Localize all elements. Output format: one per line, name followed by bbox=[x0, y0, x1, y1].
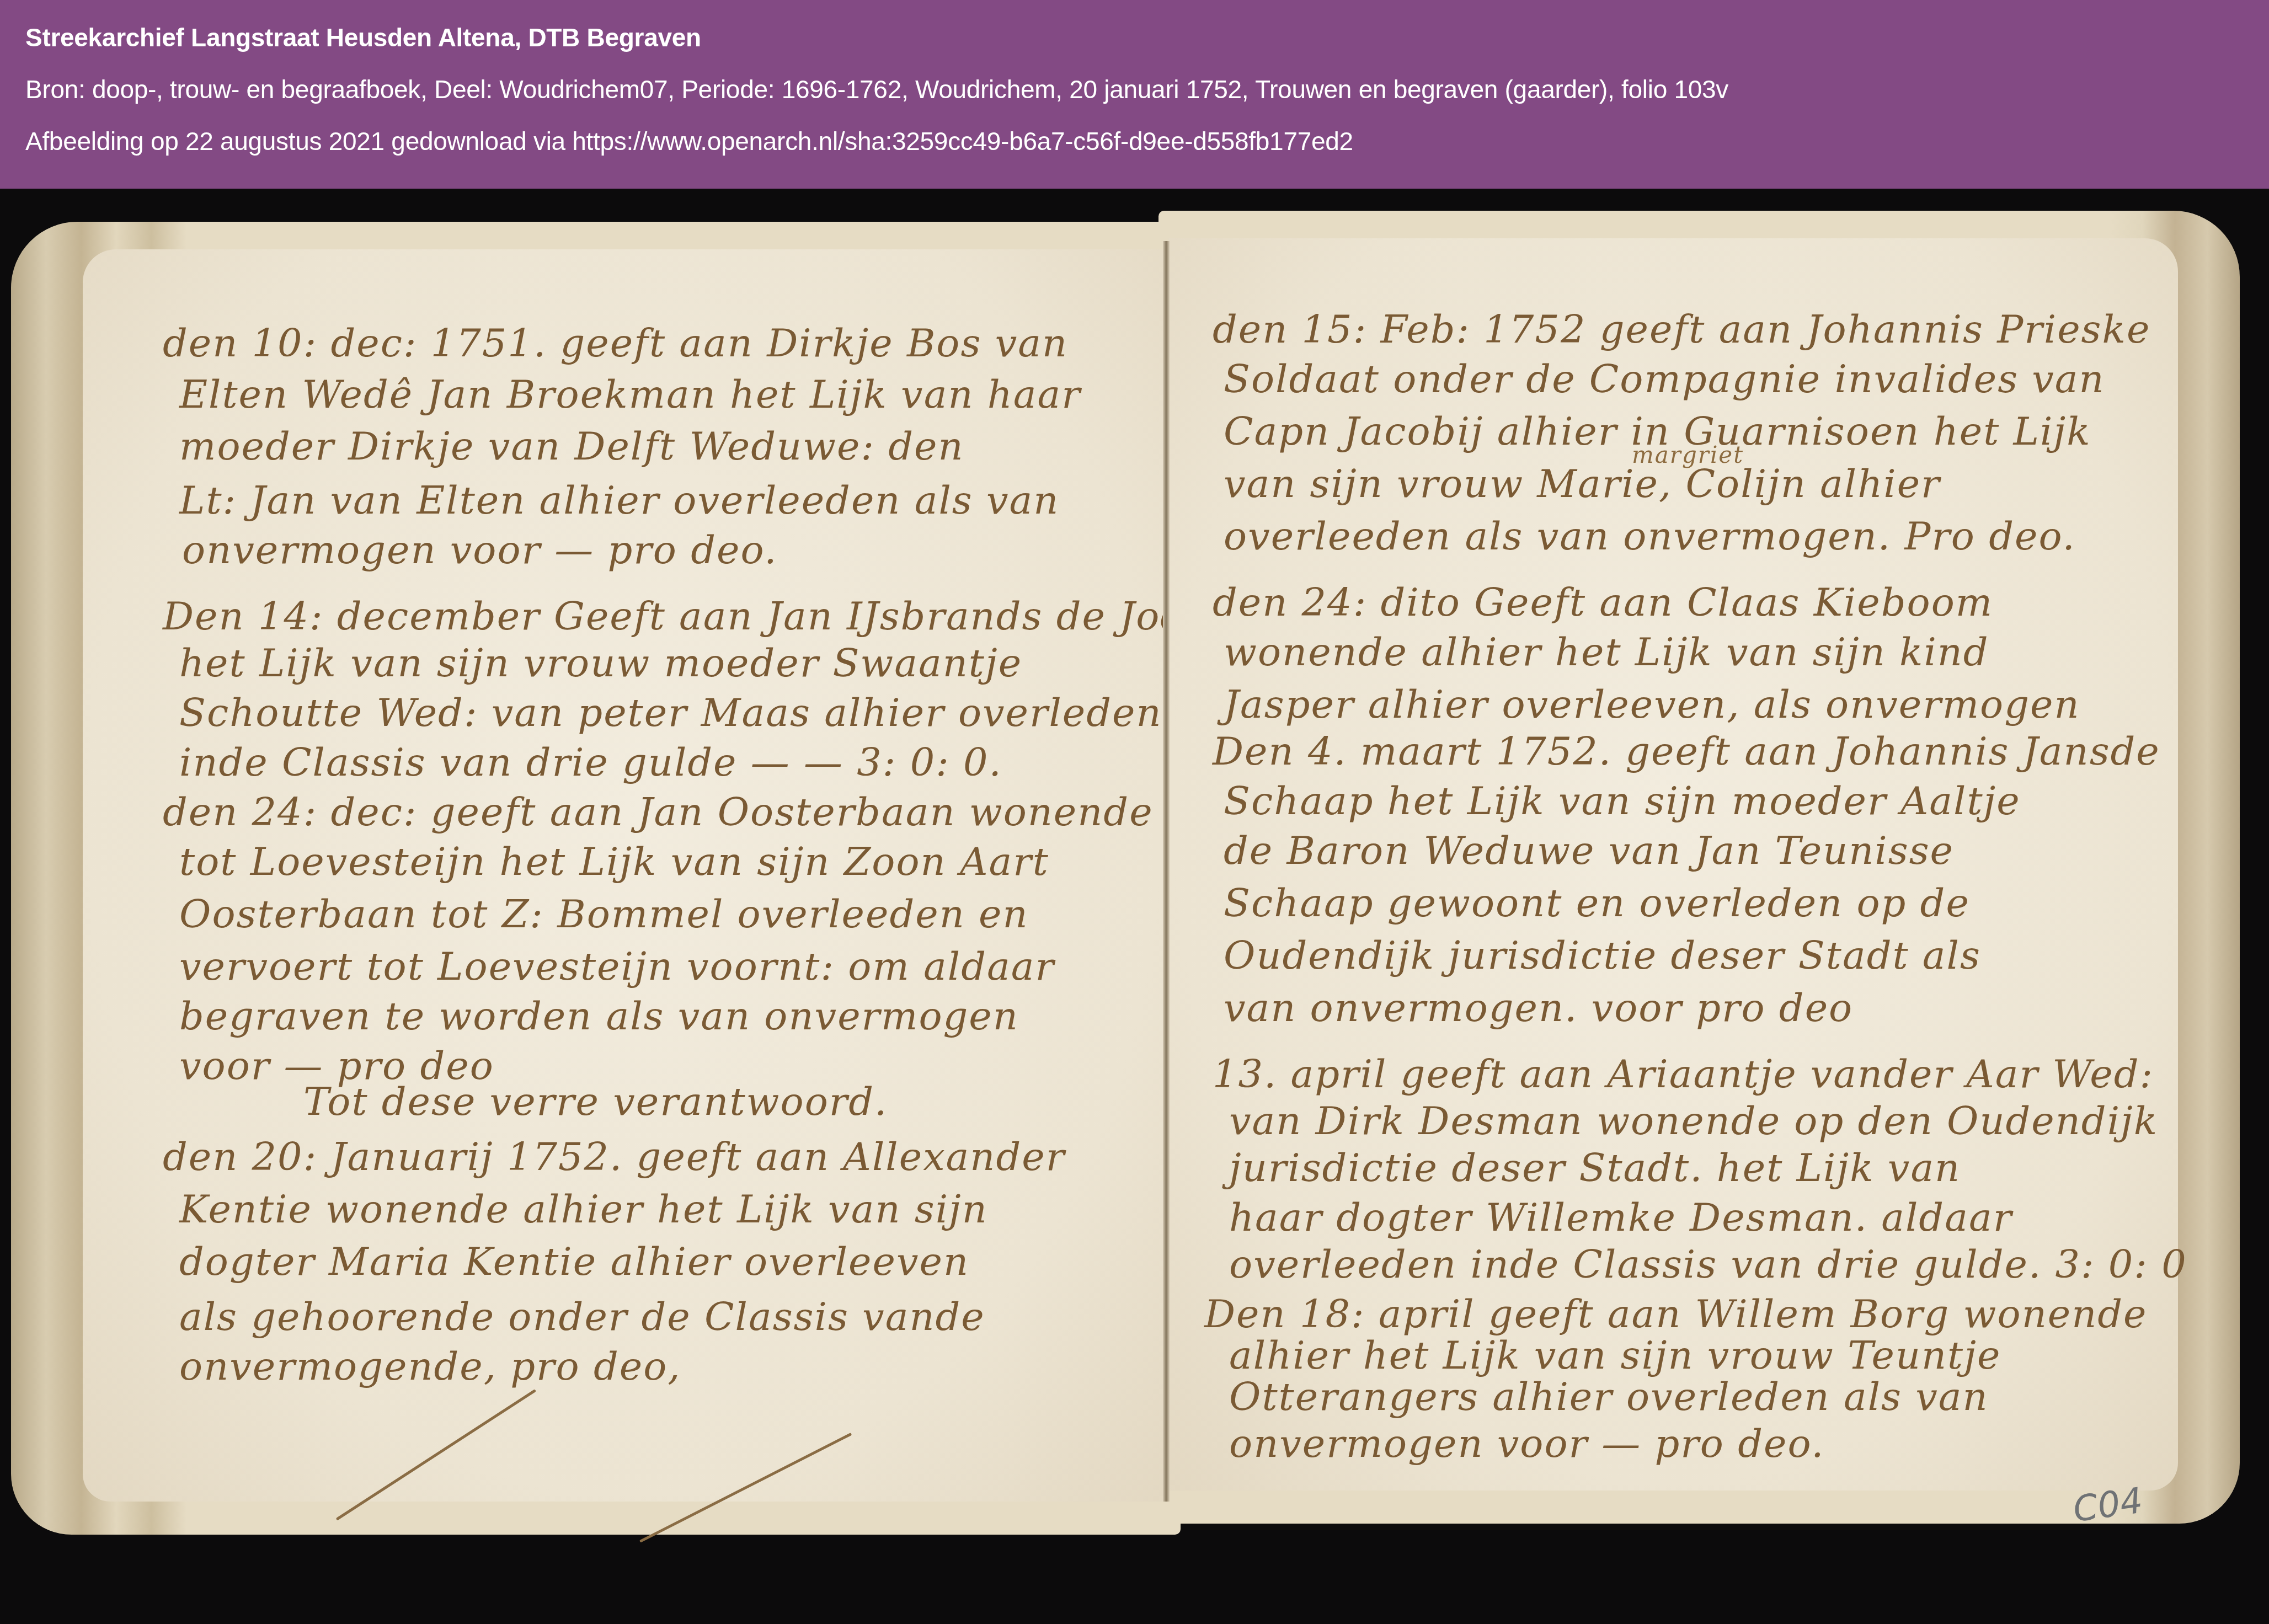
manuscript-line: dogter Maria Kentie alhier overleeven bbox=[179, 1242, 969, 1281]
manuscript-line: van sijn vrouw Marie, Colijn alhier bbox=[1224, 464, 1941, 503]
manuscript-line: overleeden inde Classis van drie gulde. … bbox=[1229, 1245, 2187, 1284]
manuscript-line: Elten Wedê Jan Broekman het Lijk van haa… bbox=[179, 375, 1081, 414]
manuscript-line: van Dirk Desman wonende op den Oudendijk bbox=[1229, 1102, 2158, 1140]
source-citation: Bron: doop-, trouw- en begraafboek, Deel… bbox=[25, 73, 2269, 106]
manuscript-line: de Baron Weduwe van Jan Teunisse bbox=[1224, 831, 1954, 870]
manuscript-line: den 24: dito Geeft aan Claas Kieboom bbox=[1213, 583, 1993, 622]
manuscript-line: Otterangers alhier overleden als van bbox=[1229, 1377, 1989, 1416]
manuscript-line: Den 14: december Geeft aan Jan IJsbrands… bbox=[163, 597, 1210, 635]
manuscript-line: 13. april geeft aan Ariaantje vander Aar… bbox=[1213, 1055, 2154, 1093]
archive-title: Streekarchief Langstraat Heusden Altena,… bbox=[25, 21, 2269, 54]
manuscript-line: als gehoorende onder de Classis vande bbox=[179, 1297, 985, 1336]
manuscript-line: Tot dese verre verantwoord. bbox=[303, 1082, 888, 1121]
manuscript-line: Oudendijk jurisdictie deser Stadt als bbox=[1224, 936, 1981, 975]
manuscript-line: Schaap het Lijk van sijn moeder Aaltje bbox=[1224, 782, 2021, 820]
manuscript-line: Schaap gewoont en overleden op de bbox=[1224, 884, 1970, 922]
archive-header: Streekarchief Langstraat Heusden Altena,… bbox=[0, 0, 2269, 189]
manuscript-line: den 20: Januarij 1752. geeft aan Allexan… bbox=[163, 1137, 1065, 1176]
manuscript-line: wonende alhier het Lijk van sijn kind bbox=[1224, 633, 1989, 671]
manuscript-line: Soldaat onder de Compagnie invalides van bbox=[1224, 360, 2105, 398]
closing-flourish-stroke bbox=[336, 1389, 536, 1520]
manuscript-line: onvermogen voor — pro deo. bbox=[182, 531, 778, 569]
manuscript-line: moeder Dirkje van Delft Weduwe: den bbox=[179, 427, 964, 466]
manuscript-line: van onvermogen. voor pro deo bbox=[1224, 989, 1853, 1027]
manuscript-line: den 10: dec: 1751. geeft aan Dirkje Bos … bbox=[163, 324, 1068, 362]
manuscript-line: Kentie wonende alhier het Lijk van sijn bbox=[179, 1190, 988, 1228]
manuscript-line: overleeden als van onvermogen. Pro deo. bbox=[1224, 517, 2076, 555]
manuscript-line: begraven te worden als van onvermogen bbox=[179, 997, 1019, 1035]
manuscript-line: Den 18: april geeft aan Willem Borg wone… bbox=[1204, 1295, 2148, 1333]
manuscript-scan: den 10: dec: 1751. geeft aan Dirkje Bos … bbox=[0, 189, 2269, 1624]
manuscript-line: tot Loevesteijn het Lijk van sijn Zoon A… bbox=[179, 842, 1049, 881]
manuscript-line: jurisdictie deser Stadt. het Lijk van bbox=[1229, 1148, 1961, 1187]
download-citation: Afbeelding op 22 augustus 2021 gedownloa… bbox=[25, 125, 2269, 158]
manuscript-line: Jasper alhier overleeven, als onvermogen bbox=[1224, 685, 2080, 724]
manuscript-line: het Lijk van sijn vrouw moeder Swaantje bbox=[179, 644, 1022, 682]
manuscript-line: vervoert tot Loevesteijn voornt: om alda… bbox=[179, 947, 1055, 986]
manuscript-line: Schoutte Wed: van peter Maas alhier over… bbox=[179, 693, 1162, 732]
manuscript-line: Den 4. maart 1752. geeft aan Johannis Ja… bbox=[1213, 732, 2160, 771]
manuscript-line: den 24: dec: geeft aan Jan Oosterbaan wo… bbox=[163, 793, 1154, 831]
left-page: den 10: dec: 1751. geeft aan Dirkje Bos … bbox=[83, 249, 1167, 1502]
manuscript-line: onvermogende, pro deo, bbox=[179, 1347, 681, 1386]
manuscript-line: den 15: Feb: 1752 geeft aan Johannis Pri… bbox=[1213, 310, 2150, 349]
manuscript-line: Lt: Jan van Elten alhier overleeden als … bbox=[179, 481, 1059, 520]
manuscript-line: inde Classis van drie gulde — — 3: 0: 0. bbox=[179, 743, 1002, 782]
manuscript-line: onvermogen voor — pro deo. bbox=[1229, 1424, 1825, 1463]
manuscript-line: haar dogter Willemke Desman. aldaar bbox=[1229, 1198, 2012, 1237]
manuscript-line: Oosterbaan tot Z: Bommel overleeden en bbox=[179, 895, 1029, 933]
manuscript-line: alhier het Lijk van sijn vrouw Teuntje bbox=[1229, 1336, 2001, 1375]
right-page: den 15: Feb: 1752 geeft aan Johannis Pri… bbox=[1168, 238, 2178, 1491]
book-gutter bbox=[1163, 241, 1170, 1502]
